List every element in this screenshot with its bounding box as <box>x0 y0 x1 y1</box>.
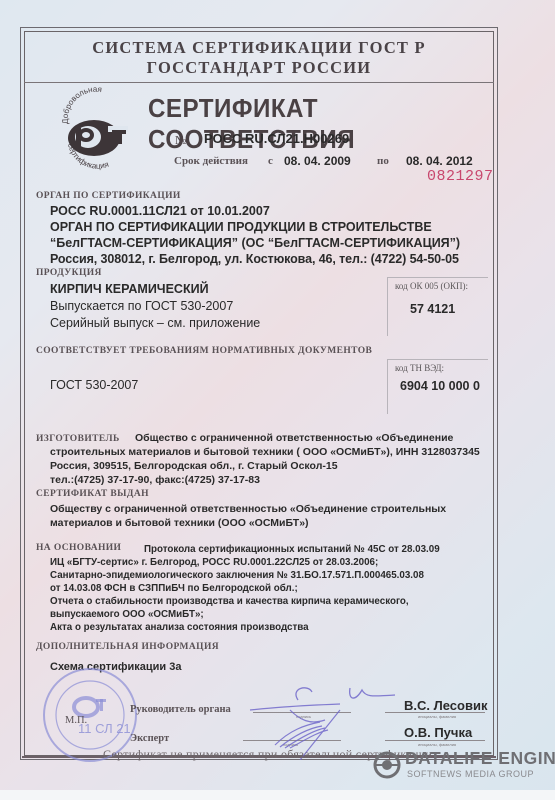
validity-from-date: 08. 04. 2009 <box>284 154 351 168</box>
head-of-body-label: Руководитель органа <box>130 704 231 715</box>
head-name-caption: инициалы, фамилия <box>418 714 456 719</box>
validity-to-label: по <box>377 155 389 167</box>
basis-line: ИЦ «БГТУ-сертис» г. Белгород, РОСС RU.00… <box>50 557 378 568</box>
certificate-number: РОСС RU.СЛ21.Н00269 <box>204 131 349 146</box>
cert-body-label: ОРГАН ПО СЕРТИФИКАЦИИ <box>36 191 181 201</box>
product-series: Серийный выпуск – см. приложение <box>50 316 260 330</box>
system-title-line-2: ГОССТАНДАРТ РОССИИ <box>24 58 494 78</box>
cert-body-line: ОРГАН ПО СЕРТИФИКАЦИИ ПРОДУКЦИИ В СТРОИТ… <box>50 220 432 234</box>
cert-body-line: “БелГТАСМ-СЕРТИФИКАЦИЯ” (ОС “БелГТАСМ-СЕ… <box>50 236 460 250</box>
svg-text:Добровольная: Добровольная <box>61 86 103 124</box>
basis-line: от 14.03.08 ФСН в СЗППиБЧ по Белгородско… <box>50 583 298 594</box>
tnved-code: 6904 10 000 0 <box>400 379 480 393</box>
validity-to-date: 08. 04. 2012 <box>406 154 473 168</box>
basis-line: выпускаемого ООО «ОСМиБТ»; <box>50 609 204 620</box>
product-name: КИРПИЧ КЕРАМИЧЕСКИЙ <box>50 282 209 296</box>
expert-name-line <box>385 740 485 741</box>
certificate-number-label: № <box>175 133 186 148</box>
issued-to-label: СЕРТИФИКАТ ВЫДАН <box>36 489 149 499</box>
validity-label: Срок действия <box>174 155 248 167</box>
product-label: ПРОДУКЦИЯ <box>36 268 102 278</box>
additional-info-label: ДОПОЛНИТЕЛЬНАЯ ИНФОРМАЦИЯ <box>36 642 219 652</box>
expert-name: О.В. Пучка <box>404 725 472 740</box>
basis-line: Акта о результатах анализа состояния про… <box>50 622 309 633</box>
header-divider <box>24 82 494 83</box>
basis-line: Отчета о стабильности производства и кач… <box>50 596 409 607</box>
manufacturer-line: Россия, 309515, Белгородская обл., г. Ст… <box>50 460 338 472</box>
seal-placeholder-label: М.П. <box>65 715 87 726</box>
okp-code-label: код ОК 005 (ОКП): <box>395 281 468 291</box>
expert-label: Эксперт <box>130 733 169 744</box>
tnved-code-box: код ТН ВЭД: 6904 10 000 0 <box>387 359 488 414</box>
basis-label: НА ОСНОВАНИИ <box>36 543 121 553</box>
manufacturer-label: ИЗГОТОВИТЕЛЬ <box>36 434 120 444</box>
head-of-body-name: В.С. Лесовик <box>404 698 487 713</box>
manufacturer-line: строительных материалов и бытовой техник… <box>50 446 480 458</box>
validity-from-label: с <box>268 155 273 167</box>
tnved-code-label: код ТН ВЭД: <box>395 363 444 373</box>
head-name-line <box>385 712 485 713</box>
datalife-engine-logo-icon <box>372 750 402 780</box>
basis-line: Санитарно-эпидемиологического заключения… <box>50 570 424 581</box>
okp-code: 57 4121 <box>410 302 455 316</box>
product-standard: Выпускается по ГОСТ 530-2007 <box>50 299 233 313</box>
cert-body-line: РОСС RU.0001.11СЛ21 от 10.01.2007 <box>50 204 270 218</box>
basis-line: Протокола сертификационных испытаний № 4… <box>144 544 440 555</box>
system-title-line-1: СИСТЕМА СЕРТИФИКАЦИИ ГОСТ Р <box>24 38 494 58</box>
issued-to-line: Обществу с ограниченной ответственностью… <box>50 503 446 515</box>
compliance-standard: ГОСТ 530-2007 <box>50 378 138 392</box>
cert-body-line: Россия, 308012, г. Белгород, ул. Костюко… <box>50 252 459 266</box>
watermark-title: DATALIFE ENGINE <box>405 748 555 769</box>
manufacturer-line: тел.:(4725) 37-17-90, факс:(4725) 37-17-… <box>50 474 260 486</box>
watermark-subtitle: SOFTNEWS MEDIA GROUP <box>407 769 534 779</box>
compliance-label: СООТВЕТСТВУЕТ ТРЕБОВАНИЯМ НОРМАТИВНЫХ ДО… <box>36 346 372 356</box>
okp-code-box: код ОК 005 (ОКП): 57 4121 <box>387 277 488 336</box>
issued-to-line: материалов и бытовой техники (ООО «ОСМиБ… <box>50 517 309 529</box>
serial-number: 0821297 <box>427 168 494 185</box>
page-bottom-margin <box>0 790 555 800</box>
manufacturer-line: Общество с ограниченной ответственностью… <box>135 432 453 444</box>
rst-voluntary-certification-logo-icon: Добровольная сертификация <box>58 86 134 174</box>
